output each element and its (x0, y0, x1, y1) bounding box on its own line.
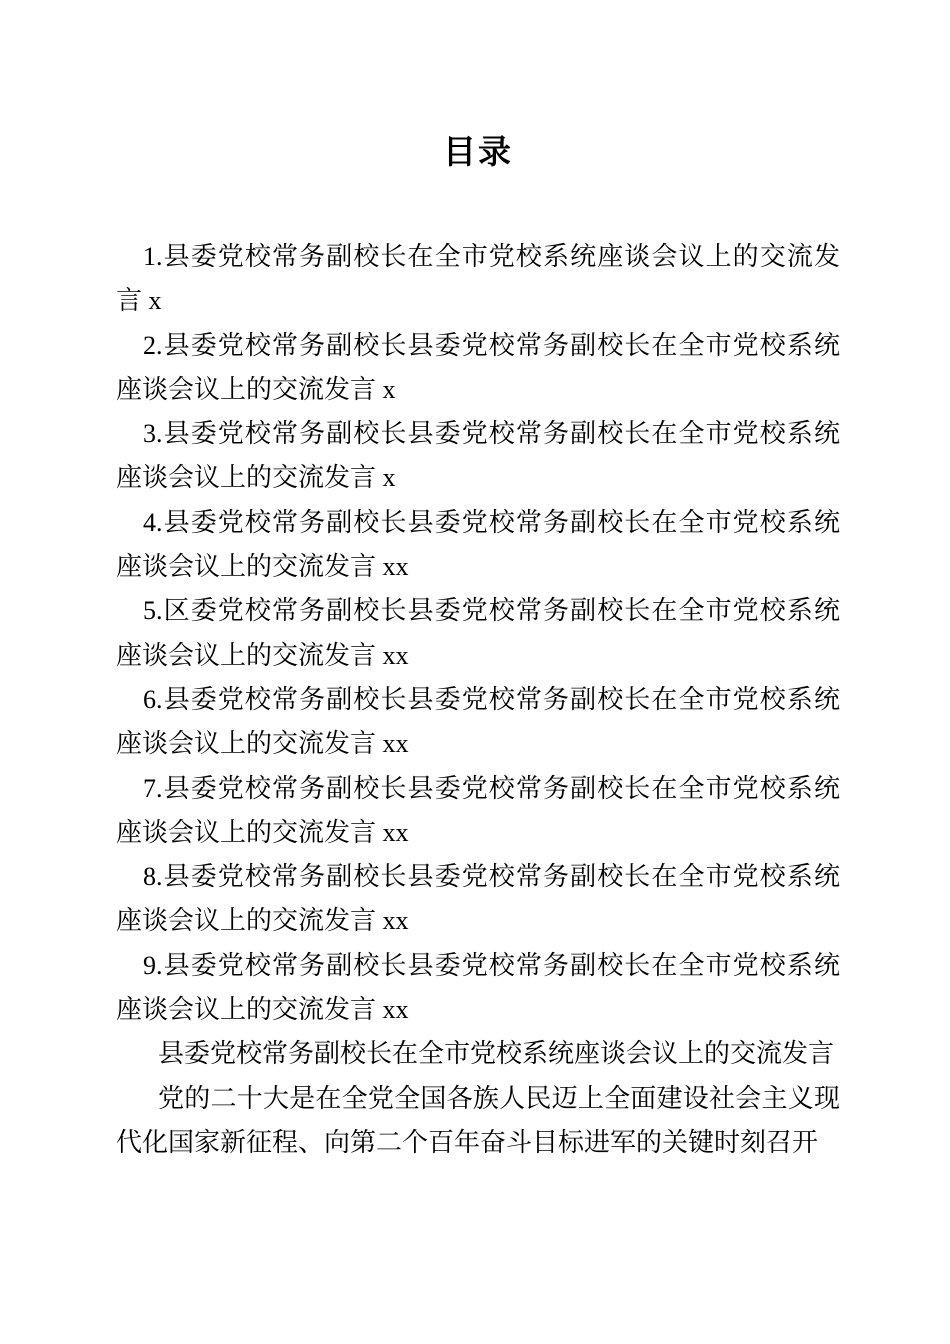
toc-entry-5-line-1: 5.区委党校常务副校长县委党校常务副校长在全市党校系统 (116, 589, 840, 633)
toc-content: 1.县委党校常务副校长在全市党校系统座谈会议上的交流发言 x2.县委党校常务副校… (116, 235, 840, 1165)
toc-entry-4-line-1: 4.县委党校常务副校长县委党校常务副校长在全市党校系统 (116, 501, 840, 545)
toc-entry-1-line-1: 1.县委党校常务副校长在全市党校系统座谈会议上的交流发 (116, 235, 840, 279)
toc-entry-9-line-1: 9.县委党校常务副校长县委党校常务副校长在全市党校系统 (116, 944, 840, 988)
toc-entry-5-line-2: 座谈会议上的交流发言 xx (116, 634, 840, 678)
toc-entry-3-line-2: 座谈会议上的交流发言 x (116, 456, 840, 500)
section-heading-line: 县委党校常务副校长在全市党校系统座谈会议上的交流发言 (116, 1032, 840, 1076)
toc-entry-3-line-1: 3.县委党校常务副校长县委党校常务副校长在全市党校系统 (116, 412, 840, 456)
toc-entry-8-line-2: 座谈会议上的交流发言 xx (116, 899, 840, 943)
toc-entry-4-line-2: 座谈会议上的交流发言 xx (116, 545, 840, 589)
toc-entry-6-line-1: 6.县委党校常务副校长县委党校常务副校长在全市党校系统 (116, 678, 840, 722)
toc-entry-7-line-1: 7.县委党校常务副校长县委党校常务副校长在全市党校系统 (116, 767, 840, 811)
toc-entry-6-line-2: 座谈会议上的交流发言 xx (116, 722, 840, 766)
toc-entry-7-line-2: 座谈会议上的交流发言 xx (116, 811, 840, 855)
document-page: 目录 1.县委党校常务副校长在全市党校系统座谈会议上的交流发言 x2.县委党校常… (0, 0, 950, 1344)
toc-entry-9-line-2: 座谈会议上的交流发言 xx (116, 988, 840, 1032)
page-title: 目录 (116, 0, 840, 176)
toc-entry-8-line-1: 8.县委党校常务副校长县委党校常务副校长在全市党校系统 (116, 855, 840, 899)
toc-entry-2-line-2: 座谈会议上的交流发言 x (116, 368, 840, 412)
paragraph-line-1: 党的二十大是在全党全国各族人民迈上全面建设社会主义现 (116, 1077, 840, 1121)
toc-entry-2-line-1: 2.县委党校常务副校长县委党校常务副校长在全市党校系统 (116, 324, 840, 368)
paragraph-line-2: 代化国家新征程、向第二个百年奋斗目标进军的关键时刻召开 (116, 1121, 840, 1165)
toc-entry-1-line-2: 言 x (116, 279, 840, 323)
